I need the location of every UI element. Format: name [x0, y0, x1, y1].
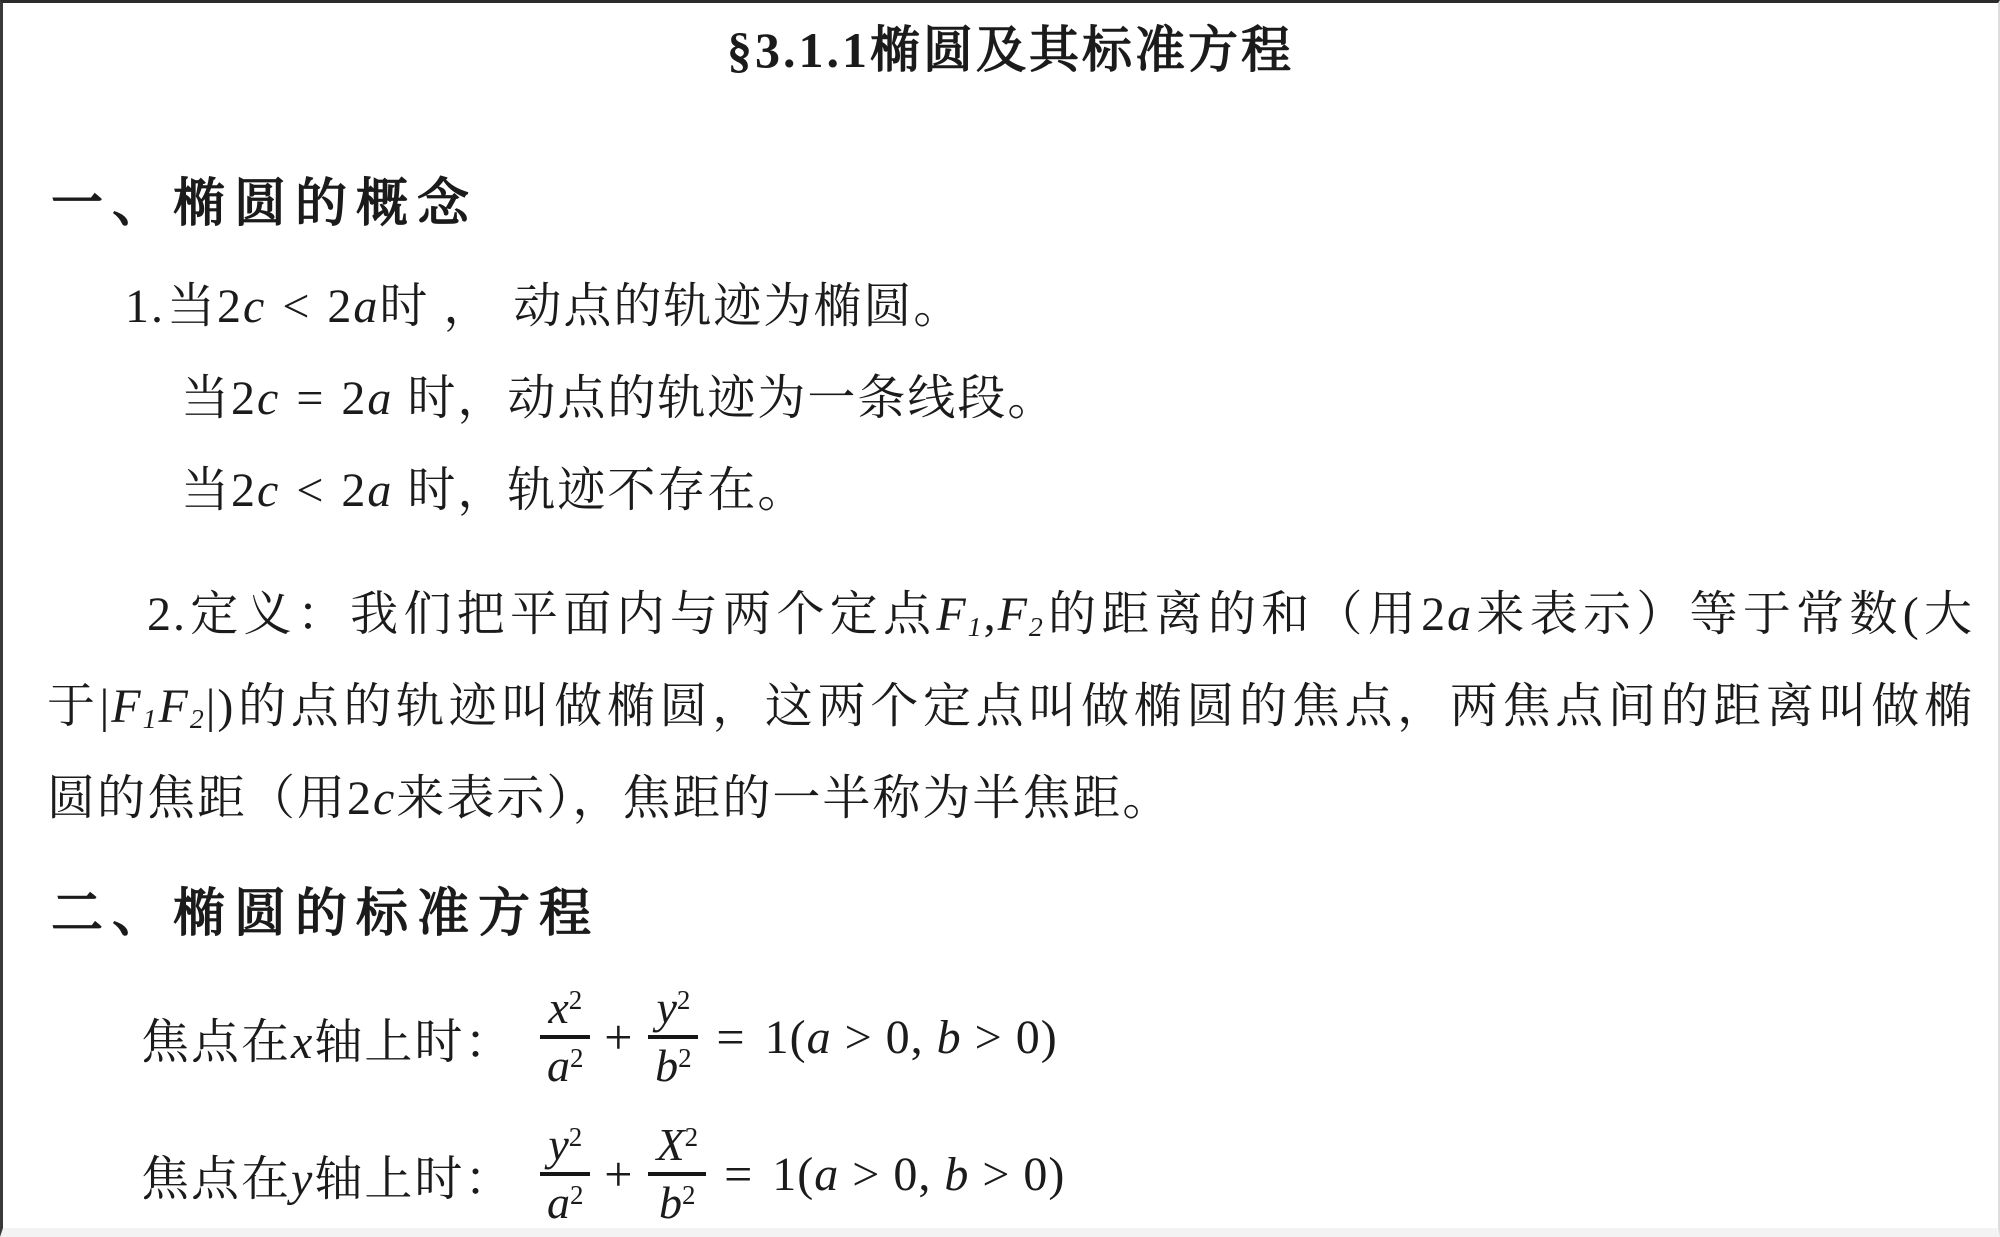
math-variable: a [547, 1040, 570, 1091]
math-variable: b [659, 1177, 682, 1228]
math-paren: ) [1041, 1011, 1058, 1064]
plus-operator: + [604, 1145, 634, 1203]
text-run: 我们把平面内与两个定点 [350, 588, 936, 641]
math-variable: F [159, 680, 190, 733]
math-operator: < [282, 280, 311, 333]
math-number: 2 [341, 464, 367, 517]
math-variable: a [367, 372, 393, 425]
math-variable: b [937, 1011, 962, 1064]
math-variable: b [944, 1148, 969, 1201]
math-variable: y [291, 1153, 314, 1206]
text-run: 轴上时： [314, 1153, 514, 1206]
fraction-y2-a2: y2 a2 [540, 1121, 590, 1228]
fraction-numerator: X2 [648, 1121, 706, 1176]
math-exponent: 2 [677, 985, 691, 1015]
math-exponent: 2 [682, 1180, 696, 1210]
section-heading-standard-equation: 二、椭圆的标准方程 [51, 883, 1974, 947]
math-number: 1( [772, 1148, 814, 1201]
text-run: |)的点的轨迹叫做椭圆，这两个定点叫做椭圆的焦点，两焦点间的距离叫做椭 [206, 680, 1974, 733]
math-variable: a [353, 280, 379, 333]
text-run: 时， [407, 372, 507, 425]
math-variable: F [111, 680, 142, 733]
math-number: 1( [765, 1011, 807, 1064]
math-variable: c [243, 280, 266, 333]
fraction-y2-b2: y2 b2 [648, 984, 698, 1091]
fraction-denominator: a2 [547, 1176, 584, 1227]
equation-y-axis: 焦点在y轴上时： y2 a2 + X2 b2 = 1(a > 0, b > 0) [141, 1113, 1974, 1235]
fraction-numerator: x2 [540, 984, 590, 1039]
text-run: 的距离的和（用 [1045, 588, 1421, 641]
math-variable: a [1447, 588, 1473, 641]
math-number: 2 [327, 280, 353, 333]
definition-line-2: 于|F1F2|)的点的轨迹叫做椭圆，这两个定点叫做椭圆的焦点，两焦点间的距离叫做… [47, 661, 1974, 753]
list-number: 1. [125, 280, 165, 333]
math-number: 2 [347, 772, 373, 825]
math-exponent: 2 [570, 1043, 584, 1073]
plus-operator: + [604, 1008, 634, 1066]
text-run: 来表示）等于常数(大 [1473, 588, 1974, 641]
fraction-X2-b2: X2 b2 [648, 1121, 706, 1228]
math-variable: a [367, 464, 393, 517]
math-condition: > 0 [975, 1011, 1041, 1064]
math-number: 2 [341, 372, 367, 425]
document-page: §3.1.1椭圆及其标准方程 一、椭圆的概念 1.当2c<2a时 ，动点的轨迹为… [0, 0, 2000, 1237]
math-condition: > 0 [982, 1148, 1048, 1201]
definition-line-1: 2.定义：我们把平面内与两个定点F1,F2的距离的和（用2a来表示）等于常数(大 [47, 569, 1974, 661]
math-condition: > 0, [845, 1011, 924, 1064]
math-variable: b [655, 1040, 678, 1091]
math-subscript: 2 [1029, 612, 1045, 643]
math-variable: c [257, 464, 280, 517]
math-operator: < [296, 464, 325, 517]
text-run: 当 [181, 372, 231, 425]
equation-x-axis: 焦点在x轴上时： x2 a2 + y2 b2 = 1(a > 0, b > 0) [141, 977, 1974, 1097]
math-variable: F [998, 588, 1029, 641]
math-variable: x [291, 1016, 314, 1069]
math-number: 2 [231, 372, 257, 425]
math-number: 2 [1421, 588, 1447, 641]
math-variable: y [548, 1119, 568, 1170]
fraction-denominator: a2 [547, 1039, 584, 1090]
math-exponent: 2 [678, 1043, 692, 1073]
math-variable: y [656, 982, 676, 1033]
math-paren: ) [1048, 1148, 1065, 1201]
text-run: 当 [167, 280, 217, 333]
text-run: 2.定义： [147, 588, 350, 641]
math-variable: c [257, 372, 280, 425]
equation-label: 焦点在y轴上时： [141, 1140, 514, 1209]
text-run: 圆的焦距（用 [47, 772, 347, 825]
math-operator: = [296, 372, 325, 425]
text-run: 焦点在 [141, 1153, 291, 1206]
math-variable: a [807, 1011, 832, 1064]
equals-operator: = [716, 1008, 746, 1066]
math-exponent: 2 [569, 1122, 583, 1152]
math-exponent: 2 [569, 985, 583, 1015]
fraction-x2-a2: x2 a2 [540, 984, 590, 1091]
math-number: 2 [217, 280, 243, 333]
concept-case-1: 1.当2c<2a时 ，动点的轨迹为椭圆。 [125, 273, 1974, 341]
math-number: 2 [231, 464, 257, 517]
math-variable: F [936, 588, 967, 641]
text-run: 于| [47, 680, 111, 733]
fraction-numerator: y2 [540, 1121, 590, 1176]
section-heading-concept: 一、椭圆的概念 [51, 173, 1974, 237]
concept-case-3: 当2c<2a 时，轨迹不存在。 [181, 457, 1974, 525]
equation-rhs: 1(a > 0, b > 0) [772, 1147, 1065, 1202]
math-variable: X [656, 1119, 684, 1170]
math-condition: > 0, [852, 1148, 931, 1201]
definition-line-3: 圆的焦距（用2c来表示），焦距的一半称为半焦距。 [47, 753, 1974, 845]
fraction-denominator: b2 [659, 1176, 696, 1227]
text-run: 动点的轨迹为椭圆。 [513, 280, 963, 333]
math-separator: , [984, 588, 998, 641]
equation-rhs: 1(a > 0, b > 0) [765, 1010, 1058, 1065]
math-exponent: 2 [685, 1122, 699, 1152]
definition-paragraph: 2.定义：我们把平面内与两个定点F1,F2的距离的和（用2a来表示）等于常数(大… [47, 569, 1974, 845]
math-exponent: 2 [570, 1180, 584, 1210]
page-title: §3.1.1椭圆及其标准方程 [47, 19, 1974, 81]
text-run: 焦点在 [141, 1016, 291, 1069]
math-subscript: 1 [968, 612, 984, 643]
math-variable: c [373, 772, 396, 825]
math-subscript: 1 [143, 704, 159, 735]
fraction-denominator: b2 [655, 1039, 692, 1090]
text-run: 时， [407, 464, 507, 517]
text-run: 轴上时： [314, 1016, 514, 1069]
math-variable: x [548, 982, 568, 1033]
fraction-numerator: y2 [648, 984, 698, 1039]
concept-case-2: 当2c=2a 时，动点的轨迹为一条线段。 [181, 365, 1974, 433]
math-subscript: 2 [190, 704, 206, 735]
equals-operator: = [724, 1145, 754, 1203]
text-run: 动点的轨迹为一条线段。 [507, 372, 1057, 425]
text-run: 当 [181, 464, 231, 517]
text-run: 轨迹不存在。 [507, 464, 807, 517]
equation-label: 焦点在x轴上时： [141, 1003, 514, 1072]
text-run: 来表示），焦距的一半称为半焦距。 [396, 772, 1172, 825]
math-variable: a [547, 1177, 570, 1228]
math-variable: a [814, 1148, 839, 1201]
text-run: 时 ， [379, 280, 493, 333]
